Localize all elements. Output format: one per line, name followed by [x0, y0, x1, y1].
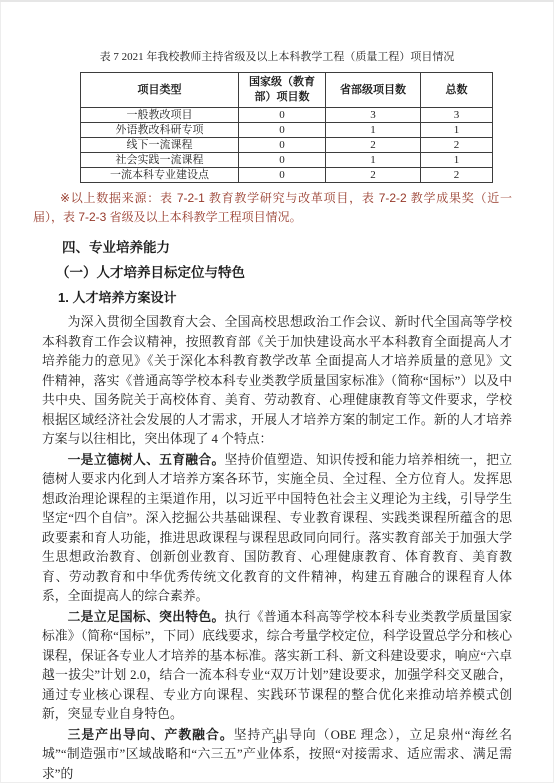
- header-national-count: 国家级（教育部）项目数: [239, 73, 326, 108]
- cell-project-type: 一般教改项目: [81, 108, 239, 123]
- header-project-type: 项目类型: [81, 73, 239, 108]
- document-page: 表 7 2021 年我校教师主持省级及以上本科教学工程（质量工程）项目情况 项目…: [0, 0, 554, 783]
- cell-total: 3: [421, 108, 493, 123]
- cell-project-type: 线下一流课程: [81, 138, 239, 153]
- cell-provincial: 2: [326, 168, 421, 183]
- paragraph-lead: 一是立德树人、五育融合。: [68, 452, 225, 467]
- cell-national: 0: [239, 123, 326, 138]
- header-total: 总数: [421, 73, 493, 108]
- quality-projects-table: 项目类型 国家级（教育部）项目数 省部级项目数 总数 一般教改项目 0 3 3 …: [80, 72, 493, 183]
- cell-project-type: 社会实践一流课程: [81, 153, 239, 168]
- table-row: 线下一流课程 0 2 2: [81, 138, 493, 153]
- table-row: 一流本科专业建设点 0 2 2: [81, 168, 493, 183]
- table-row: 一般教改项目 0 3 3: [81, 108, 493, 123]
- body-paragraph: 为深入贯彻全国教育大会、全国高校思想政治工作会议、新时代全国高等学校本科教育工作…: [42, 312, 512, 450]
- cell-total: 2: [421, 168, 493, 183]
- cell-provincial: 2: [326, 138, 421, 153]
- cell-national: 0: [239, 168, 326, 183]
- section-heading-level3: 1. 人才培养方案设计: [58, 286, 512, 309]
- cell-national: 0: [239, 138, 326, 153]
- body-paragraph: 三是产出导向、产教融合。坚持产出导向（OBE 理念），立足泉州“海丝名城”“制造…: [42, 725, 512, 783]
- paragraph-lead: 二是立足国标、突出特色。: [68, 609, 225, 624]
- section-heading-level2: （一）人才培养目标定位与特色: [56, 261, 512, 284]
- data-source-note: ※以上数据来源：表 7-2-1 教育教学研究与改革项目，表 7-2-2 教学成果…: [33, 189, 512, 227]
- header-provincial-count: 省部级项目数: [326, 73, 421, 108]
- cell-provincial: 1: [326, 153, 421, 168]
- cell-project-type: 外语教改科研专项: [81, 123, 239, 138]
- paragraph-text: 为深入贯彻全国教育大会、全国高校思想政治工作会议、新时代全国高等学校本科教育工作…: [42, 315, 512, 446]
- cell-total: 1: [421, 153, 493, 168]
- cell-total: 2: [421, 138, 493, 153]
- page-number: 19: [0, 735, 554, 746]
- body-paragraph: 一是立德树人、五育融合。坚持价值塑造、知识传授和能力培养相统一，把立德树人要求内…: [42, 450, 512, 607]
- cell-project-type: 一流本科专业建设点: [81, 168, 239, 183]
- table-row: 社会实践一流课程 0 1 1: [81, 153, 493, 168]
- section-heading-level1: 四、专业培养能力: [62, 236, 512, 259]
- body-paragraph: 二是立足国标、突出特色。执行《普通本科高等学校本科专业类教学质量国家标准》（简称…: [42, 607, 512, 725]
- cell-national: 0: [239, 108, 326, 123]
- cell-provincial: 1: [326, 123, 421, 138]
- table-row: 外语教改科研专项 0 1 1: [81, 123, 493, 138]
- table-caption: 表 7 2021 年我校教师主持省级及以上本科教学工程（质量工程）项目情况: [42, 50, 512, 64]
- table-header-row: 项目类型 国家级（教育部）项目数 省部级项目数 总数: [81, 73, 493, 108]
- cell-total: 1: [421, 123, 493, 138]
- cell-provincial: 3: [326, 108, 421, 123]
- paragraph-text: 坚持价值塑造、知识传授和能力培养相统一，把立德树人要求内化到人才培养方案各环节，…: [42, 453, 512, 604]
- paragraph-text: 执行《普通本科高等学校本科专业类教学质量国家标准》（简称“国标”，下同）底线要求…: [42, 610, 512, 722]
- cell-national: 0: [239, 153, 326, 168]
